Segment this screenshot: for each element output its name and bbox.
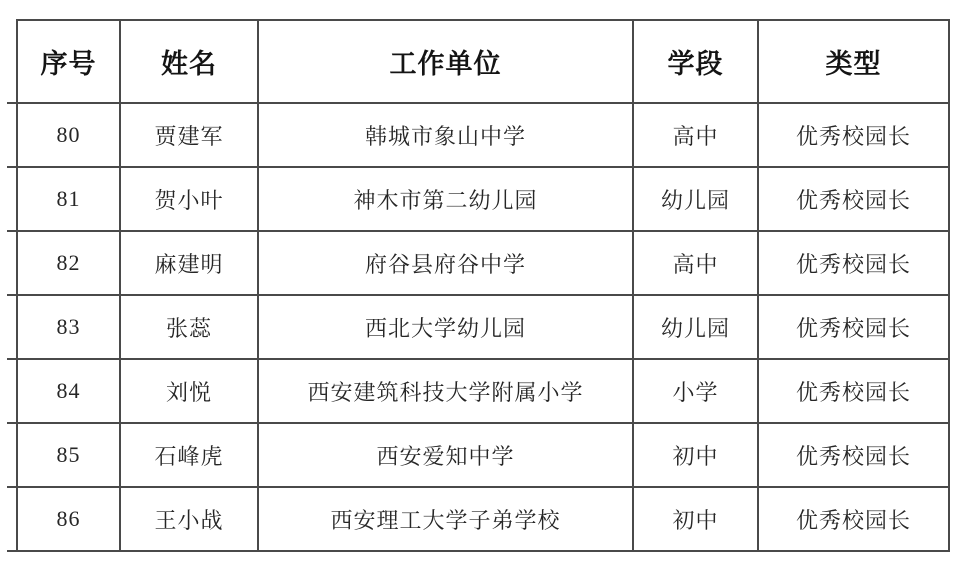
cell-name: 麻建明 — [120, 231, 258, 295]
cell-no: 85 — [17, 423, 120, 487]
cell-name: 刘悦 — [120, 359, 258, 423]
cell-stage: 幼儿园 — [633, 295, 758, 359]
cell-type: 优秀校园长 — [758, 487, 949, 551]
cell-stage: 小学 — [633, 359, 758, 423]
table-row: 86王小战西安理工大学子弟学校初中优秀校园长 — [17, 487, 949, 551]
cell-unit: 西北大学幼儿园 — [258, 295, 633, 359]
header-row: 序号 姓名 工作单位 学段 类型 — [17, 20, 949, 103]
cell-unit: 西安理工大学子弟学校 — [258, 487, 633, 551]
cell-no: 81 — [17, 167, 120, 231]
cell-stage: 高中 — [633, 103, 758, 167]
awards-table: 序号 姓名 工作单位 学段 类型 80贾建军韩城市象山中学高中优秀校园长81贺小… — [16, 19, 950, 552]
cell-no: 83 — [17, 295, 120, 359]
cell-type: 优秀校园长 — [758, 295, 949, 359]
cell-stage: 初中 — [633, 423, 758, 487]
table-body: 80贾建军韩城市象山中学高中优秀校园长81贺小叶神木市第二幼儿园幼儿园优秀校园长… — [17, 103, 949, 551]
col-header-work-unit: 工作单位 — [258, 20, 633, 103]
cell-stage: 初中 — [633, 487, 758, 551]
cell-type: 优秀校园长 — [758, 103, 949, 167]
awards-table-wrap: 序号 姓名 工作单位 学段 类型 80贾建军韩城市象山中学高中优秀校园长81贺小… — [16, 19, 948, 552]
cell-name: 贾建军 — [120, 103, 258, 167]
cell-no: 84 — [17, 359, 120, 423]
cell-type: 优秀校园长 — [758, 423, 949, 487]
table-row: 84刘悦西安建筑科技大学附属小学小学优秀校园长 — [17, 359, 949, 423]
cell-no: 82 — [17, 231, 120, 295]
cell-no: 86 — [17, 487, 120, 551]
cell-type: 优秀校园长 — [758, 359, 949, 423]
table-row: 83张蕊西北大学幼儿园幼儿园优秀校园长 — [17, 295, 949, 359]
cell-type: 优秀校园长 — [758, 231, 949, 295]
col-header-stage: 学段 — [633, 20, 758, 103]
cell-unit: 府谷县府谷中学 — [258, 231, 633, 295]
col-header-type: 类型 — [758, 20, 949, 103]
cell-stage: 高中 — [633, 231, 758, 295]
cell-unit: 西安建筑科技大学附属小学 — [258, 359, 633, 423]
cell-no: 80 — [17, 103, 120, 167]
table-row: 85石峰虎西安爱知中学初中优秀校园长 — [17, 423, 949, 487]
cell-unit: 韩城市象山中学 — [258, 103, 633, 167]
table-row: 81贺小叶神木市第二幼儿园幼儿园优秀校园长 — [17, 167, 949, 231]
cell-unit: 西安爱知中学 — [258, 423, 633, 487]
cell-name: 贺小叶 — [120, 167, 258, 231]
col-header-number: 序号 — [17, 20, 120, 103]
cell-stage: 幼儿园 — [633, 167, 758, 231]
cell-unit: 神木市第二幼儿园 — [258, 167, 633, 231]
cell-name: 石峰虎 — [120, 423, 258, 487]
left-line-overhang — [7, 102, 16, 553]
cell-name: 王小战 — [120, 487, 258, 551]
cell-type: 优秀校园长 — [758, 167, 949, 231]
table-row: 80贾建军韩城市象山中学高中优秀校园长 — [17, 103, 949, 167]
table-row: 82麻建明府谷县府谷中学高中优秀校园长 — [17, 231, 949, 295]
cell-name: 张蕊 — [120, 295, 258, 359]
col-header-name: 姓名 — [120, 20, 258, 103]
